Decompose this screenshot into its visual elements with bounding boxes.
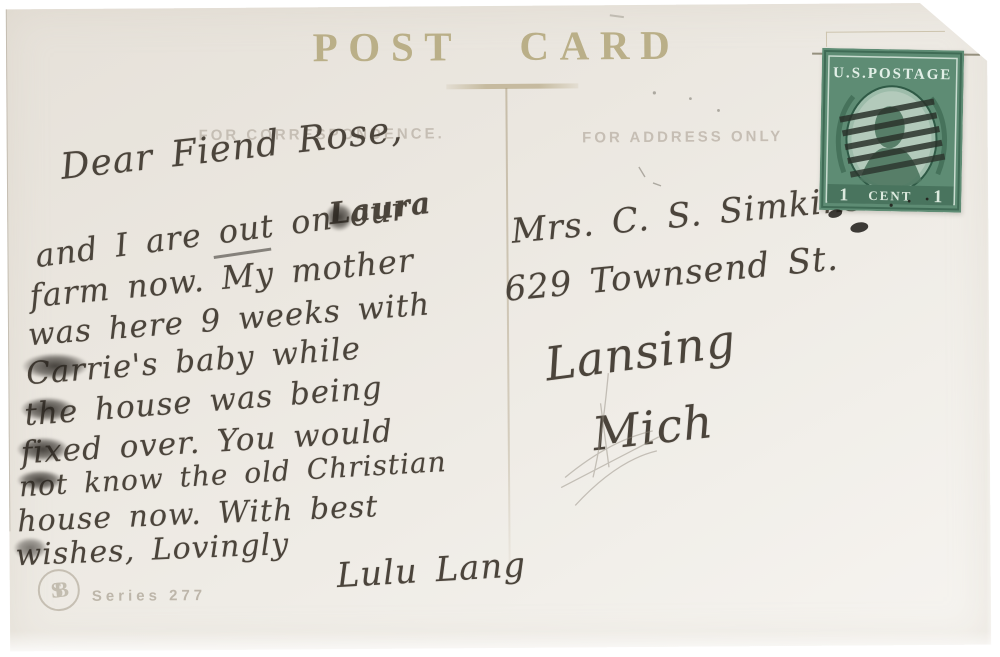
address-only-label: FOR ADDRESS ONLY [567,128,799,147]
ink-blot [325,203,353,231]
denomination-word: CENT [868,188,912,204]
ink-blot [13,537,47,559]
denomination-right: 1 [933,186,942,206]
stamp-country-label: U.S.POSTAGE [833,65,953,83]
stamp-graphic: U.S.POSTAGE 1 CENT 1 [819,48,964,213]
right-fade [986,60,1000,657]
address-line: 629 Townsend St. [503,239,840,310]
publisher-logo-icon: SB [38,569,80,611]
address-line: Mich [590,394,716,461]
message-line: Dear Fiend Rose, [59,109,405,188]
signature: Lulu Lang [336,545,528,596]
publisher-monogram: SB [49,576,69,604]
card-left-edge [6,9,11,531]
series-label: Series 277 [92,587,206,605]
stamp-box-outline [826,31,945,47]
bottom-fade [0,631,1000,657]
divider-top-bar [446,83,578,89]
denomination-left: 1 [839,184,848,204]
postcard: POST CARD FOR CORRESPONDENCE. FOR ADDRES… [6,3,991,652]
divider-line [505,88,510,580]
postage-stamp: U.S.POSTAGE 1 CENT 1 [819,48,964,213]
postcard-photo: POST CARD FOR CORRESPONDENCE. FOR ADDRES… [0,0,1000,657]
address-line: Lansing [542,313,739,391]
